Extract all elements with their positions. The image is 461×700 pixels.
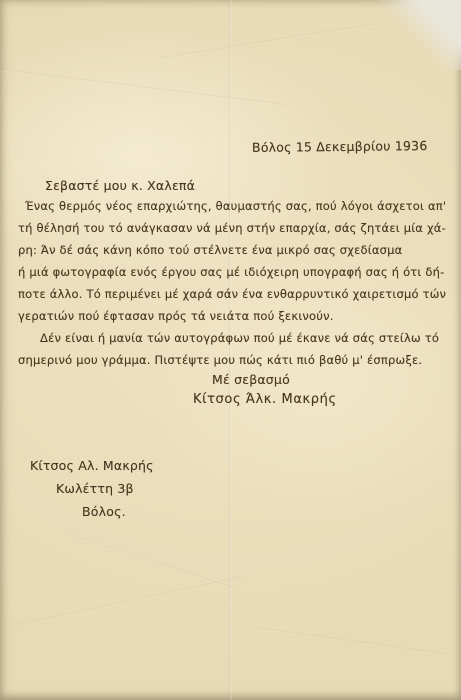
sender-street: Κωλέττη 3β bbox=[56, 481, 134, 496]
vertical-fold-crease bbox=[229, 0, 232, 700]
sender-city: Βόλος. bbox=[82, 504, 126, 519]
body-line: γερατιών πού έφτασαν πρός τά νειάτα πού … bbox=[18, 309, 448, 323]
body-line: ή μιά φωτογραφία ενός έργου σας μέ ιδιόχ… bbox=[18, 265, 448, 279]
paper-corner-fold bbox=[371, 0, 461, 70]
body-line: ποτε άλλο. Τό περιμένει μέ χαρά σάν ένα … bbox=[18, 287, 448, 301]
body-line: Ένας θερμός νέος επαρχιώτης, θαυμαστής σ… bbox=[18, 199, 455, 213]
signature: Κίτσος Άλκ. Μακρής bbox=[193, 392, 337, 407]
date-line: Βόλος 15 Δεκεμβρίου 1936 bbox=[252, 138, 428, 155]
body-line: Δέν είναι ή μανία τών αυτογράφων πού μέ … bbox=[18, 331, 461, 345]
closing-line: Μέ σεβασμό bbox=[212, 372, 290, 387]
body-line: σημερινό μου γράμμα. Πιστέψτε μου πώς κά… bbox=[18, 353, 448, 367]
sender-name: Κίτσος Αλ. Μακρής bbox=[30, 458, 154, 473]
letter-photo: Βόλος 15 Δεκεμβρίου 1936 Σεβαστέ μου κ. … bbox=[0, 0, 461, 700]
salutation: Σεβαστέ μου κ. Χαλεπά bbox=[45, 178, 195, 193]
body-line: τή θέλησή του τό ανάγκασαν νά μένη στήν … bbox=[18, 221, 448, 235]
body-line: ρη: Άν δέ σάς κάνη κόπο τού στέλνετε ένα… bbox=[18, 243, 448, 257]
